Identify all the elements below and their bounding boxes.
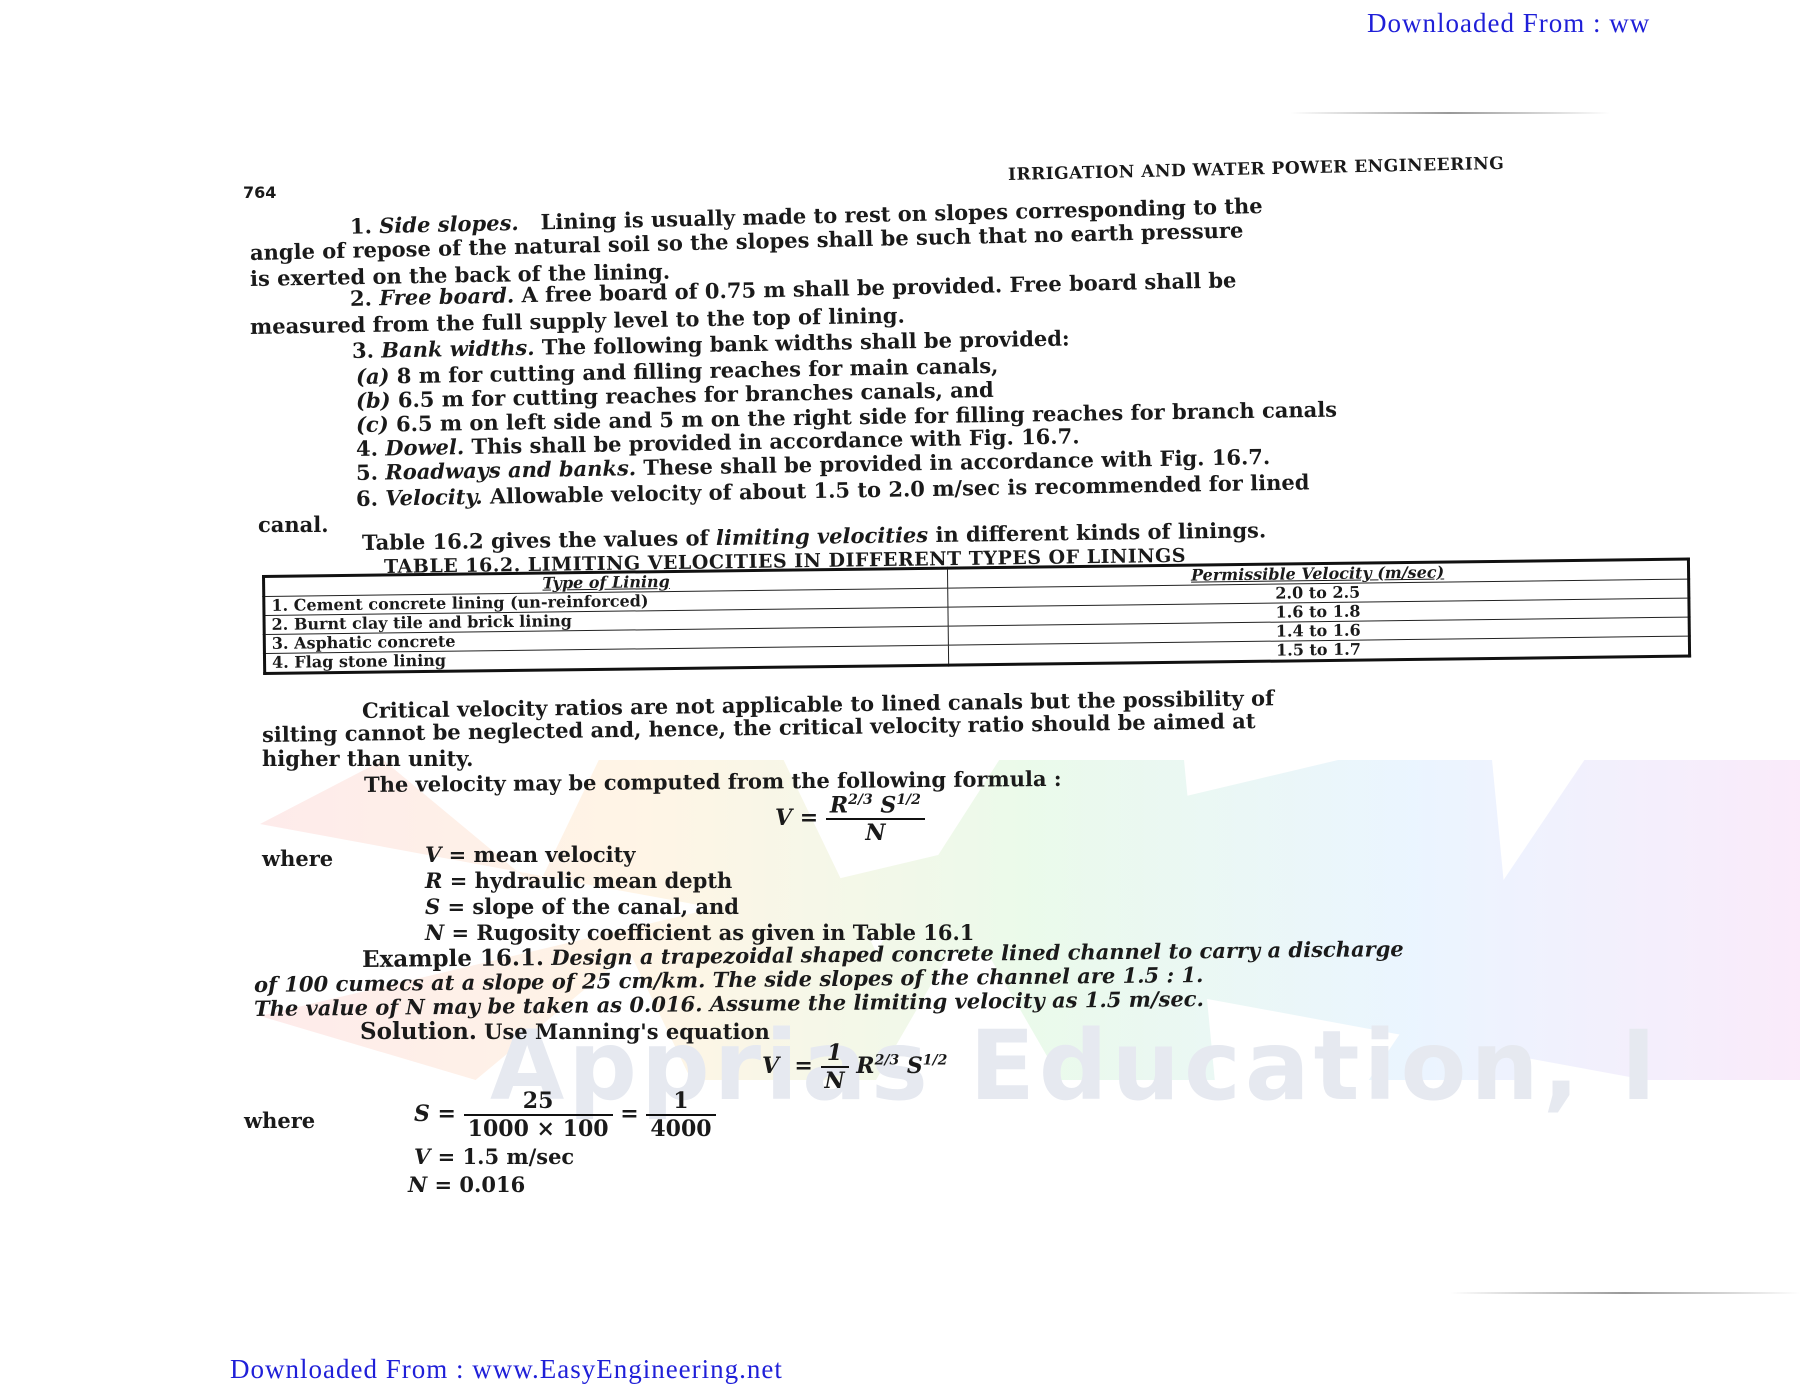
scan-artifact <box>1290 112 1610 114</box>
given-velocity: V = 1.5 m/sec <box>414 1144 574 1169</box>
slope-calculation: S = 251000 × 100 = 14000 <box>414 1088 716 1142</box>
scan-artifact <box>1450 1292 1800 1294</box>
page-number: 764 <box>243 183 276 202</box>
given-rugosity: N = 0.016 <box>408 1172 525 1197</box>
document-page: Apprias Education, I Downloaded From : w… <box>0 0 1800 1391</box>
definition-s: S = slope of the canal, and <box>425 894 739 919</box>
velocity-formula: V = R2/3 S1/2 N <box>775 792 925 846</box>
limiting-velocities-table: Type of Lining Permissible Velocity (m/s… <box>262 558 1691 675</box>
definition-r: R = hydraulic mean depth <box>425 868 732 893</box>
where-label: where <box>244 1108 315 1133</box>
download-banner-bottom: Downloaded From : www.EasyEngineering.ne… <box>230 1354 783 1385</box>
definition-v: V = mean velocity <box>425 842 636 867</box>
where-label: where <box>262 846 333 871</box>
download-banner-top: Downloaded From : ww <box>1367 8 1650 39</box>
manning-equation: V = 1N R2/3 S1/2 <box>762 1040 947 1094</box>
running-title: IRRIGATION AND WATER POWER ENGINEERING <box>1008 154 1505 185</box>
solution-heading: Solution. Use Manning's equation <box>360 1018 770 1045</box>
